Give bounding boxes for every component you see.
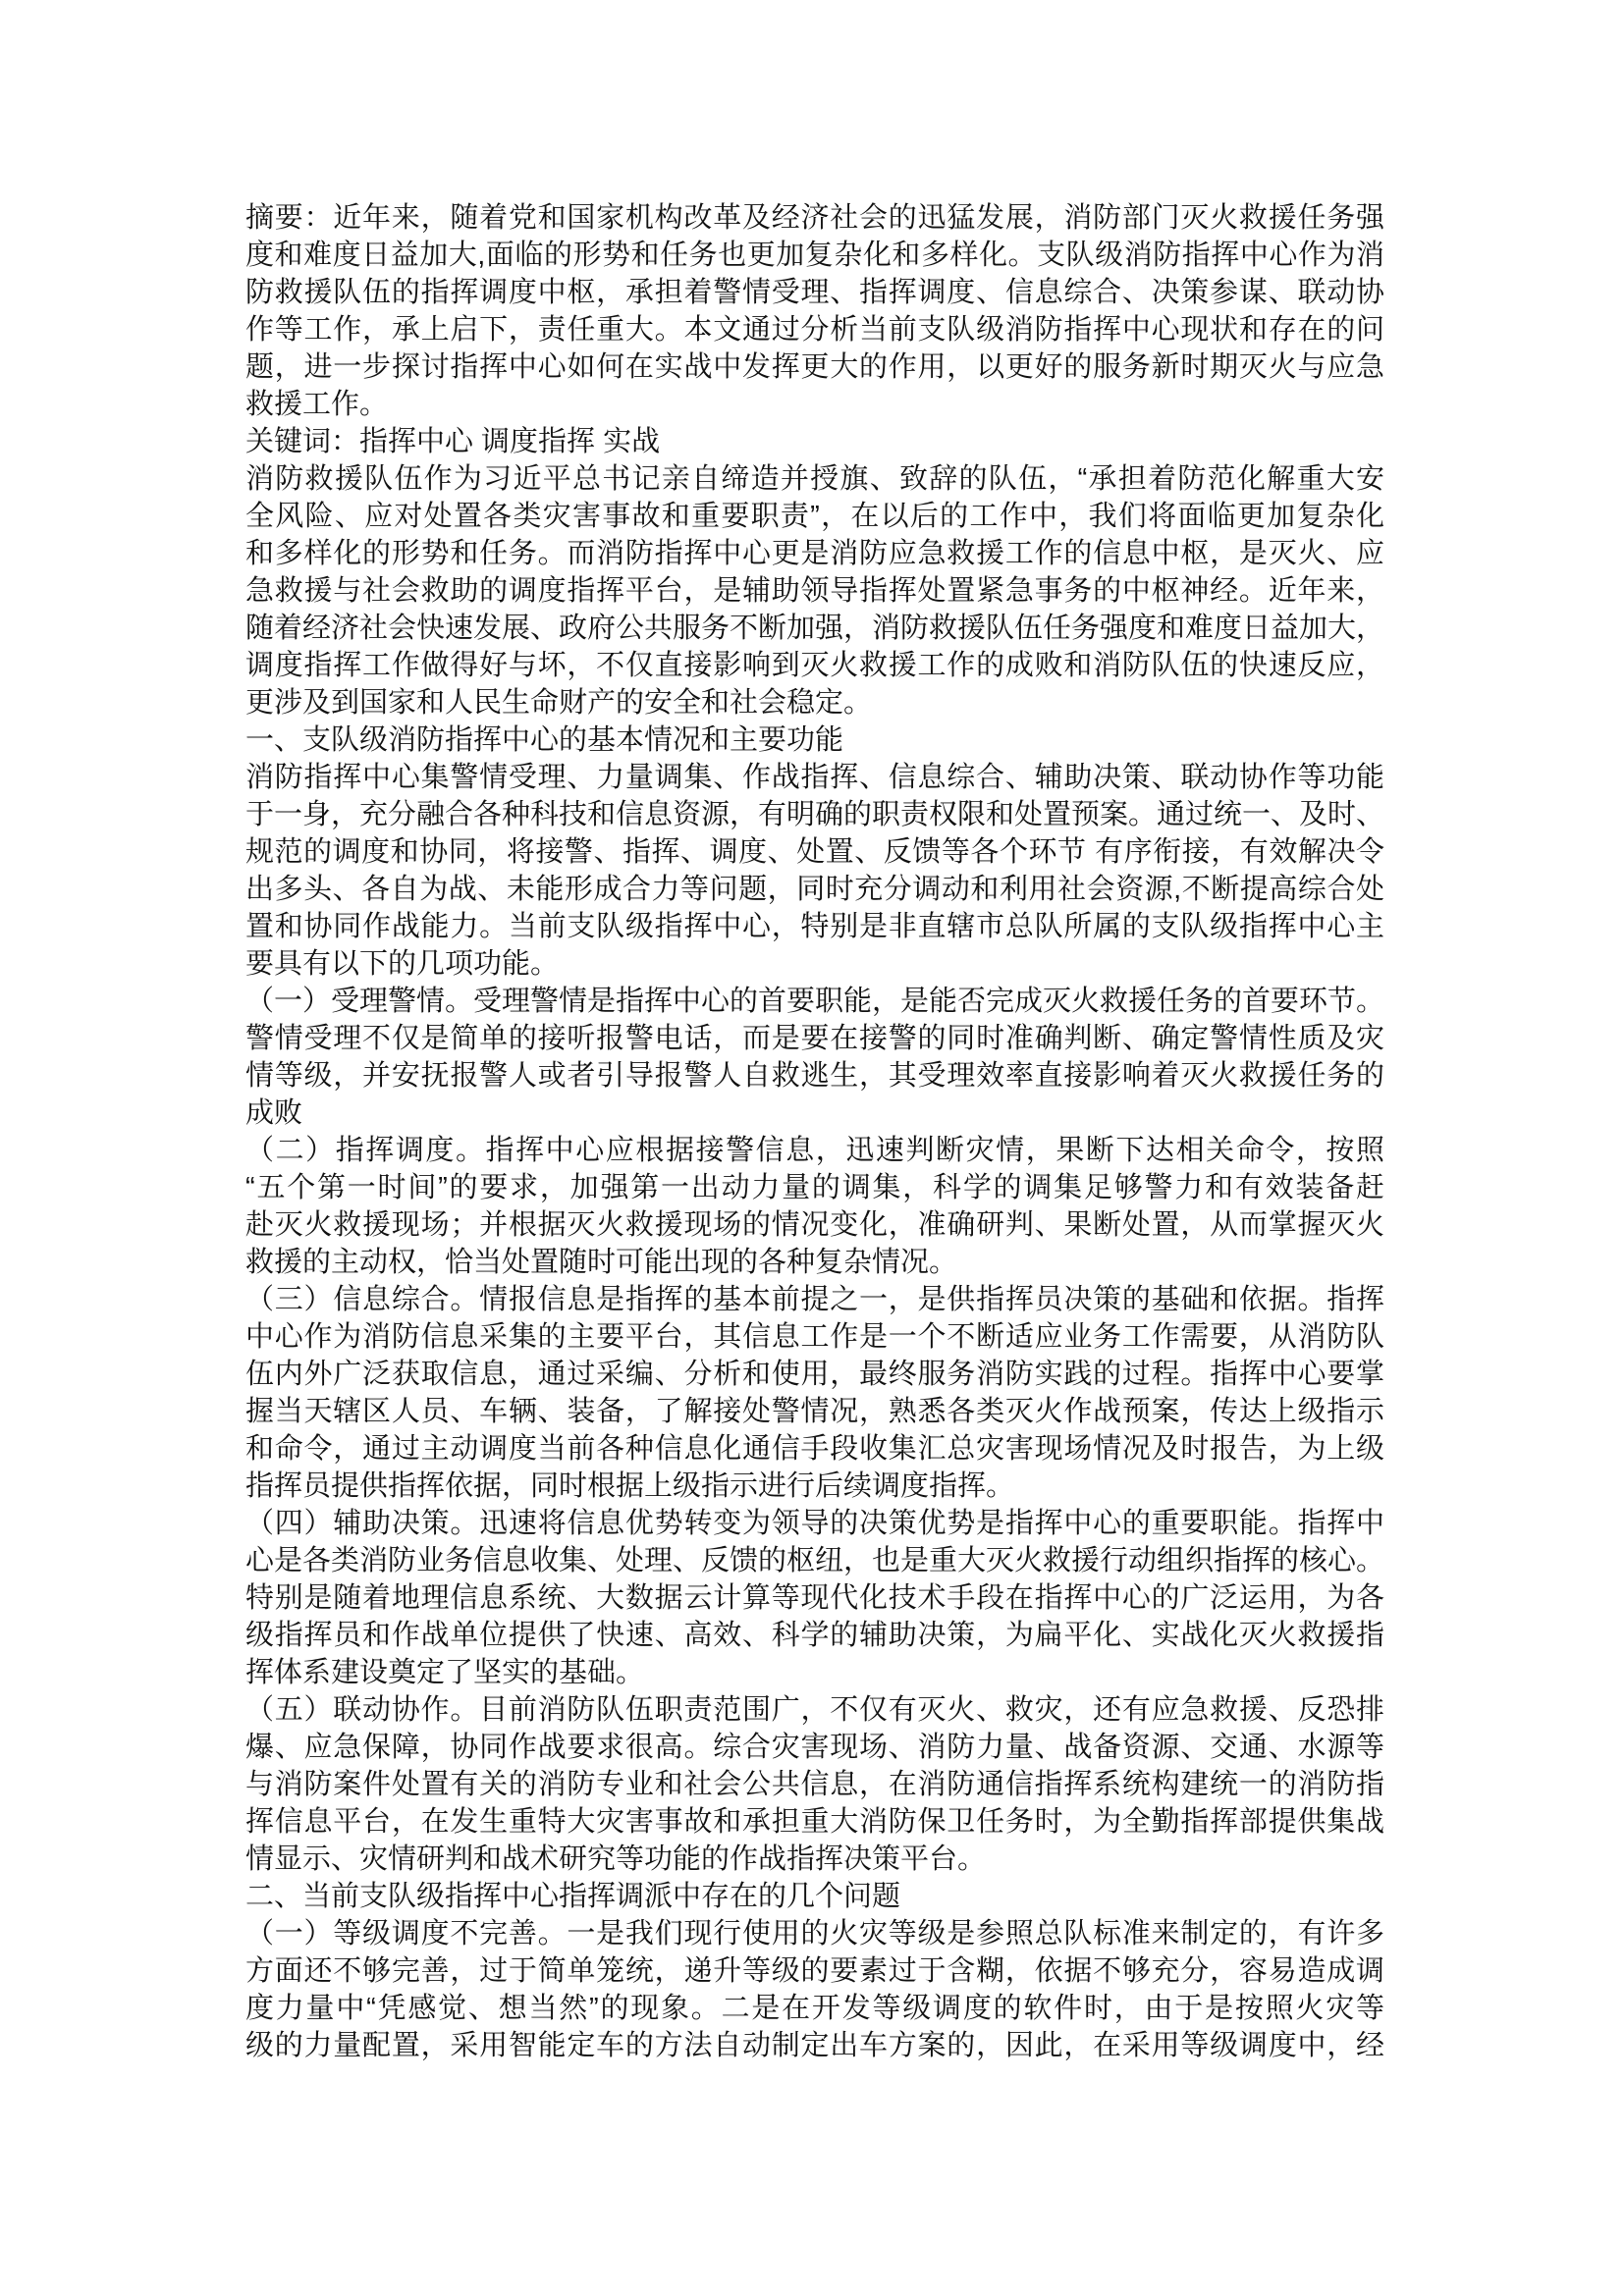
text-line: 防救援队伍的指挥调度中枢，承担着警情受理、指挥调度、信息综合、决策参谋、联动协 bbox=[245, 274, 1384, 311]
paragraph: 摘要：近年来，随着党和国家机构改革及经济社会的迅猛发展，消防部门灭火救援任务强度… bbox=[245, 199, 1384, 423]
paragraph: （五）联动协作。目前消防队伍职责范围广，不仅有灭火、救灾，还有应急救援、反恐排爆… bbox=[245, 1691, 1384, 1878]
text-line: 急救援与社会救助的调度指挥平台，是辅助领导指挥处置紧急事务的中枢神经。近年来， bbox=[245, 572, 1384, 610]
text-line: 摘要：近年来，随着党和国家机构改革及经济社会的迅猛发展，消防部门灭火救援任务强 bbox=[245, 199, 1384, 237]
text-line: 要具有以下的几项功能。 bbox=[245, 945, 1384, 983]
text-line: 消防救援队伍作为习近平总书记亲自缔造并授旗、致辞的队伍，“承担着防范化解重大安 bbox=[245, 460, 1384, 498]
text-line: 度力量中“凭感觉、想当然”的现象。二是在开发等级调度的软件时，由于是按照火灾等 bbox=[245, 1990, 1384, 2027]
paragraph: 关键词：指挥中心 调度指挥 实战 bbox=[245, 423, 1384, 460]
text-line: 和多样化的形势和任务。而消防指挥中心更是消防应急救援工作的信息中枢，是灭火、应 bbox=[245, 535, 1384, 572]
text-line: 赴灭火救援现场；并根据灭火救援现场的情况变化，准确研判、果断处置，从而掌握灭火 bbox=[245, 1206, 1384, 1244]
text-line: 级指挥员和作战单位提供了快速、高效、科学的辅助决策，为扁平化、实战化灭火救援指 bbox=[245, 1617, 1384, 1654]
document-body: 摘要：近年来，随着党和国家机构改革及经济社会的迅猛发展，消防部门灭火救援任务强度… bbox=[245, 199, 1384, 2064]
paragraph: 消防指挥中心集警情受理、力量调集、作战指挥、信息综合、辅助决策、联动协作等功能于… bbox=[245, 759, 1384, 983]
text-line: 调度指挥工作做得好与坏，不仅直接影响到灭火救援工作的成败和消防队伍的快速反应， bbox=[245, 647, 1384, 684]
paragraph: 一、支队级消防指挥中心的基本情况和主要功能 bbox=[245, 721, 1384, 759]
text-line: 题，进一步探讨指挥中心如何在实战中发挥更大的作用，以更好的服务新时期灭火与应急 bbox=[245, 348, 1384, 386]
text-line: 随着经济社会快速发展、政府公共服务不断加强，消防救援队伍任务强度和难度日益加大， bbox=[245, 610, 1384, 647]
text-line: 于一身，充分融合各种科技和信息资源，有明确的职责权限和处置预案。通过统一、及时、 bbox=[245, 796, 1384, 833]
text-line: 挥信息平台，在发生重特大灾害事故和承担重大消防保卫任务时，为全勤指挥部提供集战 bbox=[245, 1803, 1384, 1841]
text-line: 与消防案件处置有关的消防专业和社会公共信息，在消防通信指挥系统构建统一的消防指 bbox=[245, 1766, 1384, 1803]
text-line: （四）辅助决策。迅速将信息优势转变为领导的决策优势是指挥中心的重要职能。指挥中 bbox=[245, 1505, 1384, 1542]
paragraph: （一）等级调度不完善。一是我们现行使用的火灾等级是参照总队标准来制定的，有许多方… bbox=[245, 1915, 1384, 2064]
text-line: 挥体系建设奠定了坚实的基础。 bbox=[245, 1654, 1384, 1691]
text-line: （五）联动协作。目前消防队伍职责范围广，不仅有灭火、救灾，还有应急救援、反恐排 bbox=[245, 1691, 1384, 1729]
text-line: 和命令，通过主动调度当前各种信息化通信手段收集汇总灾害现场情况及时报告，为上级 bbox=[245, 1430, 1384, 1468]
text-line: 爆、应急保障，协同作战要求很高。综合灾害现场、消防力量、战备资源、交通、水源等 bbox=[245, 1729, 1384, 1766]
text-line: 警情受理不仅是简单的接听报警电话，而是要在接警的同时准确判断、确定警情性质及灾 bbox=[245, 1020, 1384, 1057]
paragraph: （二）指挥调度。指挥中心应根据接警信息，迅速判断灾情，果断下达相关命令，按照“五… bbox=[245, 1132, 1384, 1281]
text-line: 关键词：指挥中心 调度指挥 实战 bbox=[245, 423, 1384, 460]
paragraph: （四）辅助决策。迅速将信息优势转变为领导的决策优势是指挥中心的重要职能。指挥中心… bbox=[245, 1505, 1384, 1691]
text-line: （三）信息综合。情报信息是指挥的基本前提之一，是供指挥员决策的基础和依据。指挥 bbox=[245, 1281, 1384, 1318]
text-line: “五个第一时间”的要求，加强第一出动力量的调集，科学的调集足够警力和有效装备赶 bbox=[245, 1169, 1384, 1206]
text-line: 一、支队级消防指挥中心的基本情况和主要功能 bbox=[245, 721, 1384, 759]
text-line: 消防指挥中心集警情受理、力量调集、作战指挥、信息综合、辅助决策、联动协作等功能 bbox=[245, 759, 1384, 796]
text-line: 全风险、应对处置各类灾害事故和重要职责”，在以后的工作中，我们将面临更加复杂化 bbox=[245, 498, 1384, 535]
text-line: （一）受理警情。受理警情是指挥中心的首要职能，是能否完成灭火救援任务的首要环节。 bbox=[245, 983, 1384, 1020]
paragraph: （一）受理警情。受理警情是指挥中心的首要职能，是能否完成灭火救援任务的首要环节。… bbox=[245, 983, 1384, 1132]
paragraph: （三）信息综合。情报信息是指挥的基本前提之一，是供指挥员决策的基础和依据。指挥中… bbox=[245, 1281, 1384, 1505]
text-line: 方面还不够完善，过于简单笼统，递升等级的要素过于含糊，依据不够充分，容易造成调 bbox=[245, 1952, 1384, 1990]
text-line: 救援的主动权，恰当处置随时可能出现的各种复杂情况。 bbox=[245, 1244, 1384, 1281]
text-line: 情等级，并安抚报警人或者引导报警人自救逃生，其受理效率直接影响着灭火救援任务的 bbox=[245, 1057, 1384, 1095]
text-line: 级的力量配置，采用智能定车的方法自动制定出车方案的，因此，在采用等级调度中，经 bbox=[245, 2027, 1384, 2064]
text-line: 二、当前支队级指挥中心指挥调派中存在的几个问题 bbox=[245, 1878, 1384, 1915]
text-line: 度和难度日益加大,面临的形势和任务也更加复杂化和多样化。支队级消防指挥中心作为消 bbox=[245, 237, 1384, 274]
text-line: 作等工作，承上启下，责任重大。本文通过分析当前支队级消防指挥中心现状和存在的问 bbox=[245, 311, 1384, 348]
text-line: 特别是随着地理信息系统、大数据云计算等现代化技术手段在指挥中心的广泛运用，为各 bbox=[245, 1579, 1384, 1617]
text-line: 更涉及到国家和人民生命财产的安全和社会稳定。 bbox=[245, 684, 1384, 721]
text-line: （二）指挥调度。指挥中心应根据接警信息，迅速判断灾情，果断下达相关命令，按照 bbox=[245, 1132, 1384, 1169]
paragraph: 二、当前支队级指挥中心指挥调派中存在的几个问题 bbox=[245, 1878, 1384, 1915]
text-line: 成败 bbox=[245, 1095, 1384, 1132]
text-line: 指挥员提供指挥依据，同时根据上级指示进行后续调度指挥。 bbox=[245, 1468, 1384, 1505]
text-line: 置和协同作战能力。当前支队级指挥中心，特别是非直辖市总队所属的支队级指挥中心主 bbox=[245, 908, 1384, 945]
paragraph: 消防救援队伍作为习近平总书记亲自缔造并授旗、致辞的队伍，“承担着防范化解重大安全… bbox=[245, 460, 1384, 721]
text-line: 情显示、灾情研判和战术研究等功能的作战指挥决策平台。 bbox=[245, 1841, 1384, 1878]
text-line: （一）等级调度不完善。一是我们现行使用的火灾等级是参照总队标准来制定的，有许多 bbox=[245, 1915, 1384, 1952]
text-line: 规范的调度和协同，将接警、指挥、调度、处置、反馈等各个环节 有序衔接，有效解决令 bbox=[245, 833, 1384, 871]
text-line: 救援工作。 bbox=[245, 386, 1384, 423]
text-line: 出多头、各自为战、未能形成合力等问题，同时充分调动和利用社会资源,不断提高综合处 bbox=[245, 871, 1384, 908]
text-line: 握当天辖区人员、车辆、装备，了解接处警情况，熟悉各类灭火作战预案，传达上级指示 bbox=[245, 1393, 1384, 1430]
text-line: 中心作为消防信息采集的主要平台，其信息工作是一个不断适应业务工作需要，从消防队 bbox=[245, 1318, 1384, 1356]
document-page: 摘要：近年来，随着党和国家机构改革及经济社会的迅猛发展，消防部门灭火救援任务强度… bbox=[0, 0, 1624, 2296]
text-line: 伍内外广泛获取信息，通过采编、分析和使用，最终服务消防实践的过程。指挥中心要掌 bbox=[245, 1356, 1384, 1393]
text-line: 心是各类消防业务信息收集、处理、反馈的枢纽，也是重大灭火救援行动组织指挥的核心。 bbox=[245, 1542, 1384, 1579]
